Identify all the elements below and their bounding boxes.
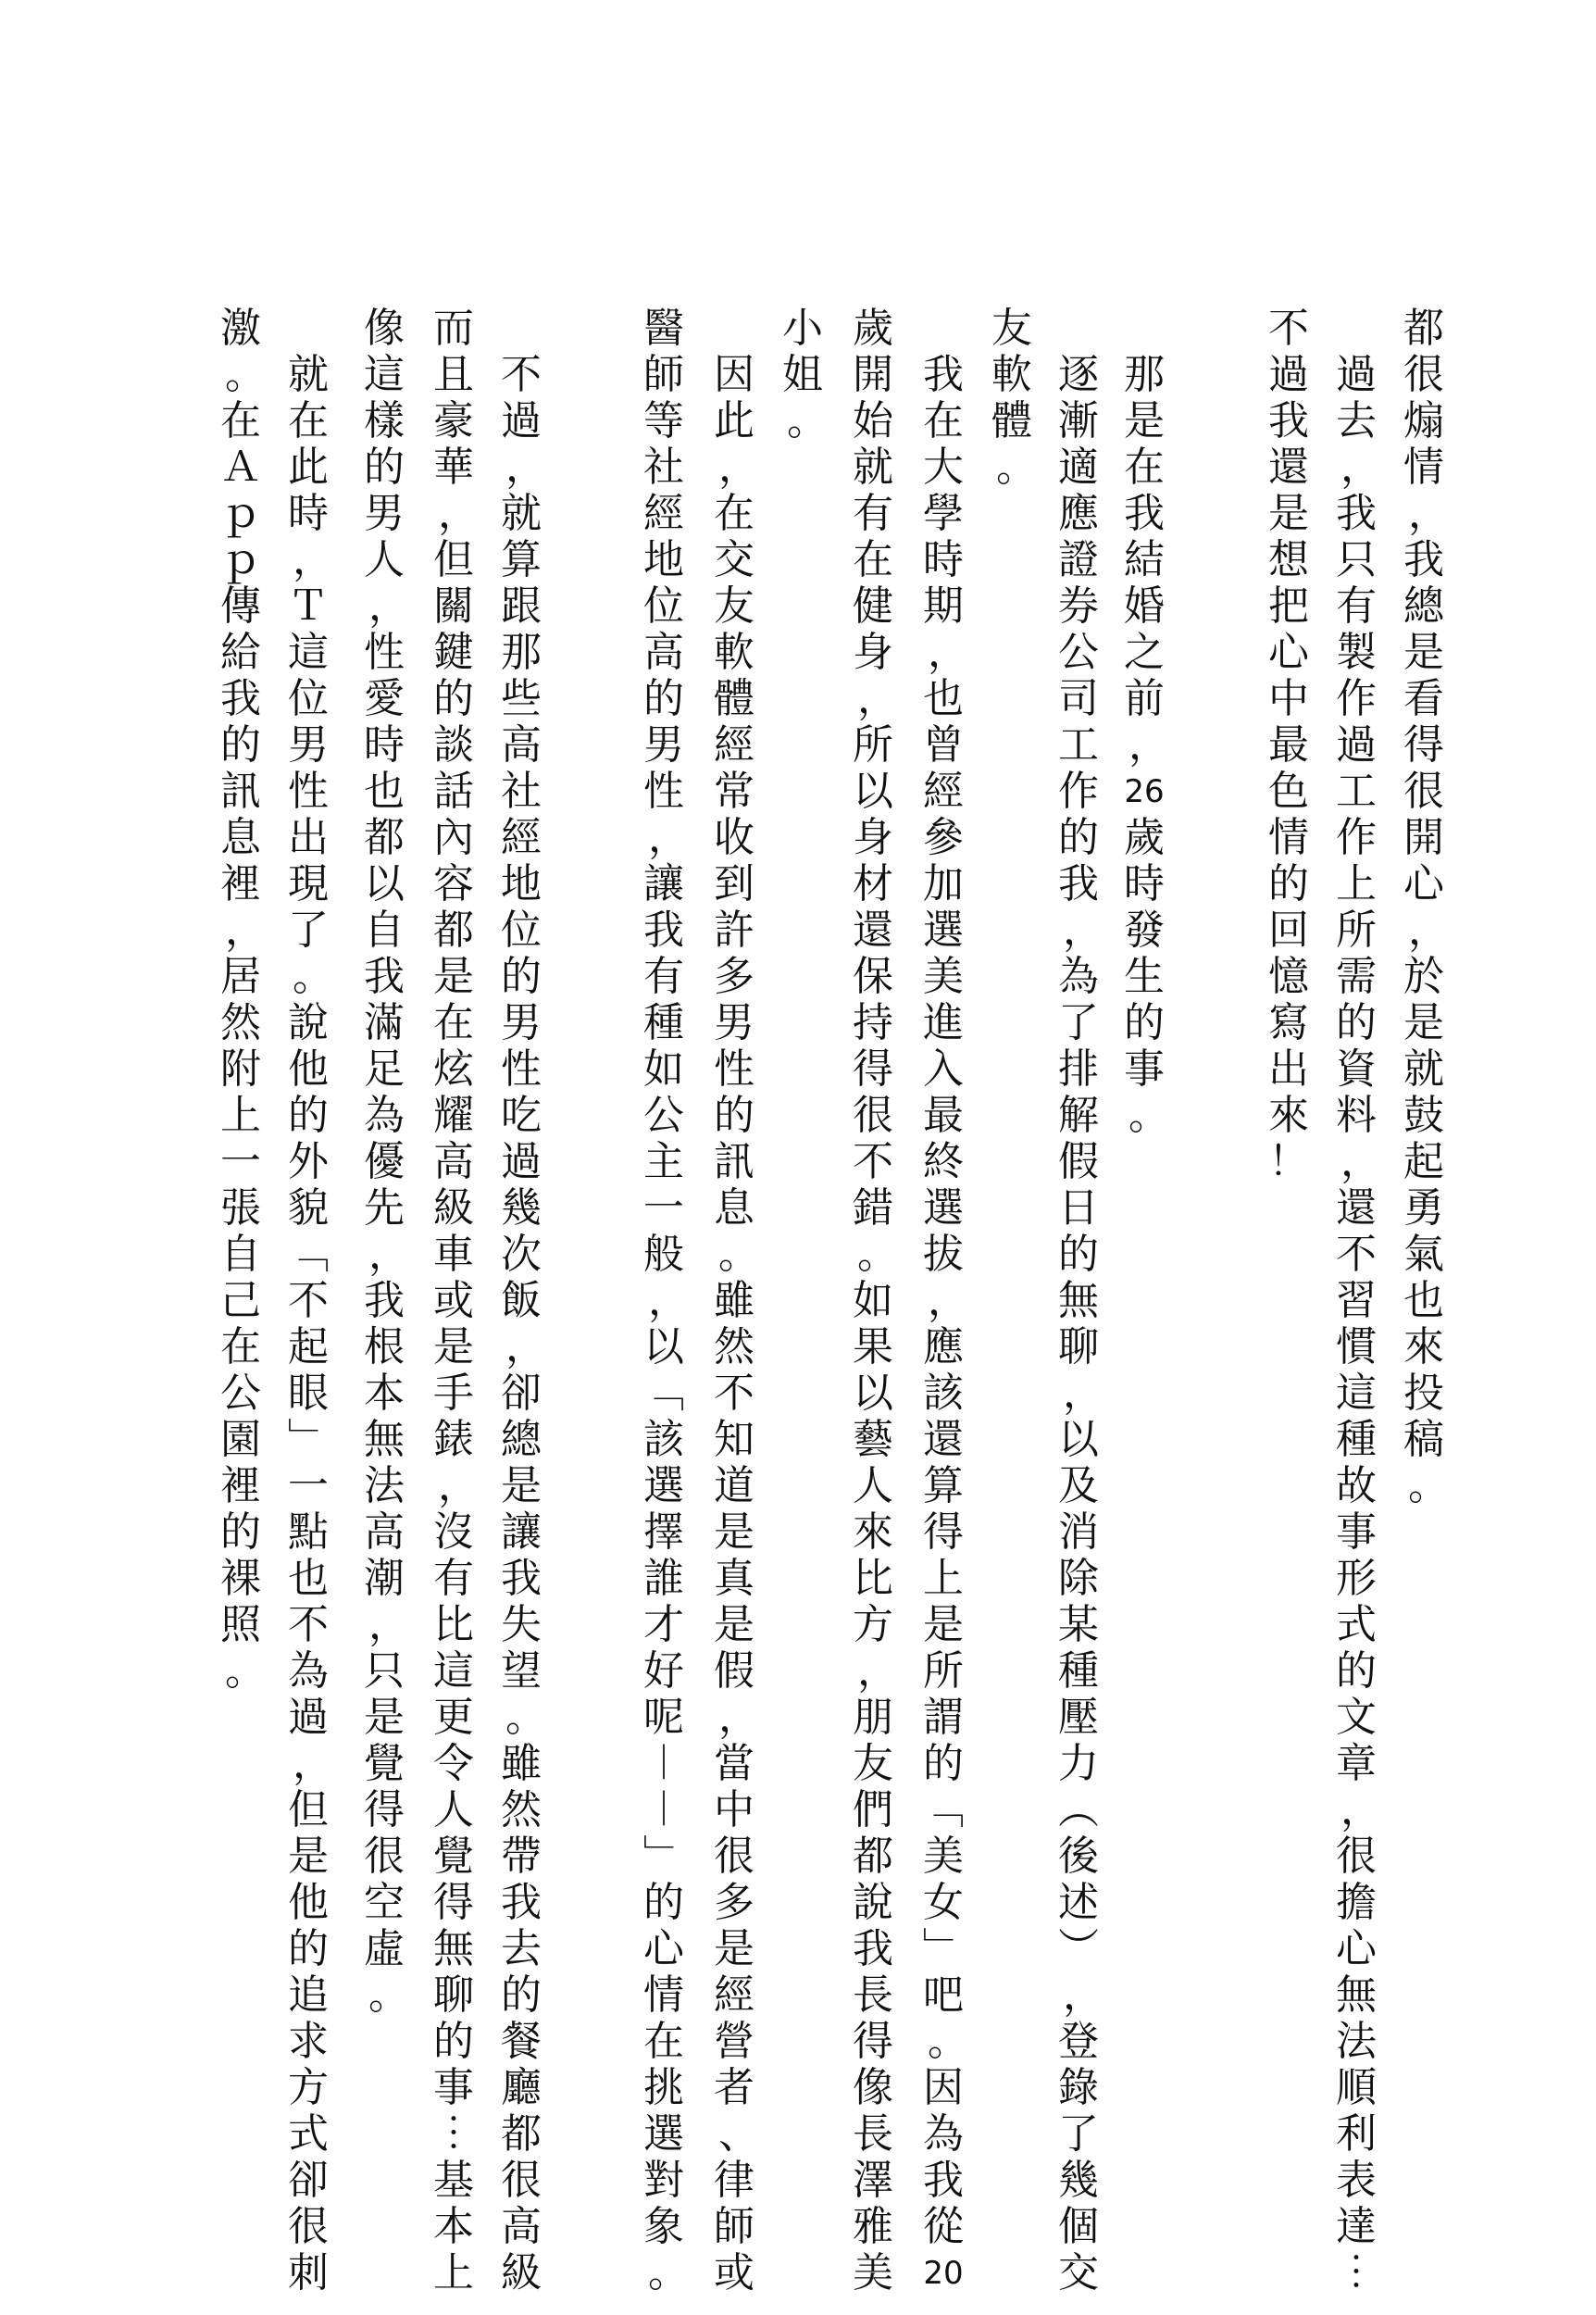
glyph: 失 (498, 1602, 544, 1648)
glyph: 交 (1055, 2250, 1102, 2296)
glyph: 選 (641, 1463, 687, 1509)
glyph: 我 (920, 2158, 966, 2204)
glyph: 地 (641, 537, 687, 583)
glyph: 小 (779, 306, 826, 352)
glyph: 鍵 (430, 630, 477, 676)
glyph: 都 (1401, 306, 1447, 352)
glyph: 。 (218, 1648, 264, 1695)
glyph: 所 (920, 1648, 966, 1695)
glyph: 人 (361, 537, 407, 583)
glyph: 的 (218, 1509, 264, 1556)
glyph: 象 (641, 2204, 687, 2250)
glyph: 逐 (1055, 352, 1102, 398)
glyph: 憶 (1266, 954, 1312, 1000)
glyph: 己 (218, 1278, 264, 1324)
glyph: 男 (711, 1000, 757, 1046)
glyph: 都 (430, 907, 477, 954)
glyph: 滿 (361, 1000, 407, 1046)
glyph: 是 (711, 1509, 757, 1556)
glyph: 去 (1333, 398, 1379, 444)
glyph: 司 (1055, 676, 1102, 722)
glyph: 還 (850, 907, 896, 954)
glyph: 的 (1055, 815, 1102, 861)
glyph: 我 (218, 676, 264, 722)
glyph: 一 (218, 1139, 264, 1185)
glyph: 是 (920, 1602, 966, 1648)
glyph: 從 (920, 2204, 966, 2250)
glyph: 我 (498, 1880, 544, 1926)
glyph: 裡 (218, 861, 264, 907)
glyph: 。 (779, 398, 826, 444)
glyph: 上 (218, 1093, 264, 1139)
glyph: 點 (285, 1509, 331, 1556)
glyph: 不 (285, 1602, 331, 1648)
glyph: 持 (850, 1000, 896, 1046)
glyph: 投 (1401, 1370, 1447, 1417)
glyph: ︵ (1055, 1787, 1102, 1833)
glyph: 料 (1333, 1093, 1379, 1139)
glyph: 容 (430, 861, 477, 907)
glyph: 帶 (498, 1833, 544, 1880)
glyph: 男 (641, 722, 687, 769)
glyph: 軟 (989, 352, 1035, 398)
glyph: ， (361, 583, 407, 630)
glyph: 都 (850, 1833, 896, 1880)
glyph: 次 (498, 1232, 544, 1278)
glyph: 拔 (920, 1232, 966, 1278)
glyph: 得 (850, 2019, 896, 2065)
glyph: 學 (920, 491, 966, 537)
glyph: 長 (850, 2111, 896, 2158)
glyph: ， (850, 676, 896, 722)
glyph: ， (361, 1232, 407, 1278)
glyph: 應 (920, 1324, 966, 1370)
glyph: 事 (1333, 1509, 1379, 1556)
glyph: 消 (1055, 1509, 1102, 1556)
glyph: 道 (711, 1463, 757, 1509)
glyph: 就 (1401, 1046, 1447, 1093)
glyph: ， (430, 491, 477, 537)
glyph: 得 (1401, 722, 1447, 769)
glyph: 過 (498, 398, 544, 444)
glyph: 手 (430, 1370, 477, 1417)
glyph: 這 (1333, 1370, 1379, 1417)
glyph: 色 (1266, 769, 1312, 815)
glyph: 談 (430, 722, 477, 769)
glyph: 性 (285, 769, 331, 815)
glyph: 不 (1266, 306, 1312, 352)
glyph: 氣 (1401, 1232, 1447, 1278)
glyph: ， (498, 1324, 544, 1370)
glyph: 起 (285, 1324, 331, 1370)
glyph: 公 (218, 1370, 264, 1417)
glyph: 不 (498, 352, 544, 398)
glyph: 始 (850, 398, 896, 444)
glyph: 錯 (850, 1185, 896, 1232)
glyph: 我 (641, 907, 687, 954)
glyph: 回 (1266, 907, 1312, 954)
glyph: 而 (430, 306, 477, 352)
glyph: 的 (285, 1093, 331, 1139)
glyph: 女 (920, 1880, 966, 1926)
glyph: 雖 (498, 1741, 544, 1787)
glyph: 追 (285, 1972, 331, 2019)
glyph: 讓 (498, 1509, 544, 1556)
glyph: 就 (285, 352, 331, 398)
glyph: 息 (218, 815, 264, 861)
glyph: 幾 (498, 1185, 544, 1232)
glyph: 得 (430, 1880, 477, 1926)
glyph: 也 (361, 769, 407, 815)
glyph: 餐 (498, 2019, 544, 2065)
glyph: 。 (498, 1695, 544, 1741)
glyph: 。 (850, 1232, 896, 1278)
glyph: 法 (1333, 2019, 1379, 2065)
text-column: 因此，在交友軟體經常收到許多男性的訊息。雖然不知道是真是假，當中很多是經營者、律… (710, 352, 758, 2296)
glyph: 有 (1333, 583, 1379, 630)
glyph: 發 (1121, 907, 1167, 954)
glyph: ， (1333, 444, 1379, 491)
glyph: ， (1333, 1139, 1379, 1185)
glyph: 種 (641, 1000, 687, 1046)
glyph: 雖 (711, 1278, 757, 1324)
glyph: 師 (641, 352, 687, 398)
glyph: ， (285, 537, 331, 583)
glyph: 的 (285, 1926, 331, 1972)
glyph: 是 (498, 1463, 544, 1509)
glyph: 以 (850, 769, 896, 815)
glyph: 很 (361, 1833, 407, 1880)
glyph: 求 (285, 2019, 331, 2065)
glyph: 是 (361, 1695, 407, 1741)
glyph: 般 (641, 1232, 687, 1278)
glyph: 了 (1055, 1000, 1102, 1046)
glyph: 我 (361, 954, 407, 1000)
glyph: 利 (1333, 2111, 1379, 2158)
glyph: 保 (850, 954, 896, 1000)
text-column: 友軟體。 (988, 306, 1036, 491)
glyph: 他 (285, 1880, 331, 1926)
glyph: ︙ (430, 2111, 477, 2158)
glyph: 漸 (1055, 398, 1102, 444)
glyph: 鼓 (1401, 1093, 1447, 1139)
glyph: 得 (850, 1046, 896, 1093)
glyph: 最 (920, 1093, 966, 1139)
glyph: 過 (1333, 352, 1379, 398)
glyph: 情 (641, 1972, 687, 2019)
text-column: 醫師等社經地位高的男性，讓我有種如公主一般，以﹁該選擇誰才好呢︱︱﹂的心情在挑選… (640, 306, 688, 2296)
glyph: 排 (1055, 1046, 1102, 1093)
glyph: 還 (920, 1417, 966, 1463)
glyph: 潮 (361, 1556, 407, 1602)
text-column: 不過我還是想把心中最色情的回憶寫出來！ (1265, 306, 1313, 1185)
glyph: 總 (498, 1417, 544, 1463)
glyph: 律 (711, 2158, 757, 2204)
glyph: 愛 (361, 676, 407, 722)
glyph: 男 (498, 1000, 544, 1046)
glyph: ， (218, 907, 264, 954)
text-column: 激。在Ａｐｐ傳給我的訊息裡，居然附上一張自己在公園裡的裸照。 (217, 306, 265, 1695)
glyph: 出 (285, 815, 331, 861)
glyph: 種 (1333, 1417, 1379, 1463)
glyph: 中 (711, 1787, 757, 1833)
glyph: 20 (920, 2250, 966, 2296)
text-column: 我在大學時期，也曾經參加選美進入最終選拔，應該還算得上是所謂的﹁美女﹂吧。因為我… (919, 352, 967, 2296)
glyph: 一 (285, 1463, 331, 1509)
glyph: 或 (711, 2250, 757, 2296)
glyph: 以 (361, 861, 407, 907)
glyph: 解 (1055, 1093, 1102, 1139)
glyph: 那 (498, 630, 544, 676)
glyph: 我 (1055, 861, 1102, 907)
glyph: 在 (285, 398, 331, 444)
glyph: 。 (711, 1232, 757, 1278)
glyph: 很 (1333, 1833, 1379, 1880)
glyph: 級 (430, 1185, 477, 1232)
glyph: 知 (711, 1417, 757, 1463)
glyph: 本 (361, 1370, 407, 1417)
glyph: 性 (498, 1046, 544, 1093)
glyph: 讓 (641, 861, 687, 907)
glyph: ﹁ (285, 1232, 331, 1278)
glyph: 的 (1055, 1232, 1102, 1278)
glyph: 姐 (779, 352, 826, 398)
glyph: 朋 (850, 1695, 896, 1741)
glyph: 人 (850, 1463, 896, 1509)
glyph: 也 (920, 676, 966, 722)
glyph: 眼 (285, 1370, 331, 1417)
glyph: 。 (218, 352, 264, 398)
glyph: 本 (430, 2204, 477, 2250)
glyph: 的 (1266, 861, 1312, 907)
glyph: 在 (218, 1324, 264, 1370)
glyph: 話 (430, 769, 477, 815)
glyph: 生 (1121, 954, 1167, 1000)
glyph: 開 (850, 352, 896, 398)
glyph: 他 (285, 1046, 331, 1093)
glyph: 說 (850, 1880, 896, 1926)
glyph: 藝 (850, 1417, 896, 1463)
glyph: 後 (1055, 1833, 1102, 1880)
text-column: 而且豪華，但關鍵的談話內容都是在炫耀高級車或是手錶，沒有比這更令人覺得無聊的事︙… (430, 306, 478, 2296)
glyph: 看 (1401, 676, 1447, 722)
glyph: 們 (850, 1787, 896, 1833)
glyph: 位 (641, 583, 687, 630)
glyph: 美 (920, 954, 966, 1000)
glyph: 比 (430, 1602, 477, 1648)
text-column: 不過，就算跟那些高社經地位的男性吃過幾次飯，卻總是讓我失望。雖然帶我去的餐廳都很… (497, 352, 545, 2296)
glyph: 是 (711, 1926, 757, 1972)
glyph: 性 (641, 769, 687, 815)
glyph: 所 (850, 722, 896, 769)
glyph: 無 (1333, 1972, 1379, 2019)
glyph: 然 (711, 1324, 757, 1370)
glyph: 工 (1055, 722, 1102, 769)
glyph: 車 (430, 1232, 477, 1278)
glyph: 時 (1121, 861, 1167, 907)
glyph: 我 (1121, 491, 1167, 537)
glyph: 傳 (218, 583, 264, 630)
glyph: 應 (1055, 491, 1102, 537)
glyph: 稿 (1401, 1417, 1447, 1463)
glyph: 。 (285, 954, 331, 1000)
glyph: 的 (430, 676, 477, 722)
glyph: 我 (1401, 537, 1447, 583)
glyph: 假 (711, 1648, 757, 1695)
glyph: 或 (430, 1278, 477, 1324)
text-column: 歲開始就有在健身，所以身材還保持得很不錯。如果以藝人來比方，朋友們都說我長得像長… (849, 306, 897, 2296)
glyph: 長 (850, 1972, 896, 2019)
glyph: 加 (920, 861, 966, 907)
glyph: 無 (361, 1417, 407, 1463)
glyph: 令 (430, 1741, 477, 1787)
glyph: 無 (430, 1926, 477, 1972)
glyph: 者 (711, 2065, 757, 2111)
glyph: ﹂ (920, 1926, 966, 1972)
glyph: 上 (920, 1556, 966, 1602)
glyph: 時 (285, 491, 331, 537)
glyph: 公 (1055, 630, 1102, 676)
glyph: 好 (641, 1648, 687, 1695)
glyph: 慣 (1333, 1324, 1379, 1370)
glyph: 。 (641, 2250, 687, 2296)
glyph: 期 (920, 583, 966, 630)
glyph: 澤 (850, 2158, 896, 2204)
glyph: ， (711, 1695, 757, 1741)
glyph: 這 (361, 352, 407, 398)
glyph: 健 (850, 583, 896, 630)
glyph: 來 (850, 1509, 896, 1556)
glyph: 入 (920, 1046, 966, 1093)
glyph: 還 (1266, 444, 1312, 491)
glyph: 許 (711, 907, 757, 954)
glyph: 時 (361, 722, 407, 769)
book-page: 都很煽情，我總是看得很開心，於是就鼓起勇氣也來投稿。過去，我只有製作過工作上所需… (0, 0, 1596, 2315)
glyph: 張 (218, 1185, 264, 1232)
glyph: 為 (361, 1093, 407, 1139)
glyph: 我 (498, 1556, 544, 1602)
glyph: ， (498, 444, 544, 491)
glyph: 方 (285, 2065, 331, 2111)
glyph: 在 (218, 398, 264, 444)
glyph: 很 (498, 2158, 544, 2204)
glyph: 很 (1401, 352, 1447, 398)
glyph: 把 (1266, 583, 1312, 630)
glyph: 過 (1333, 722, 1379, 769)
glyph: 的 (641, 1880, 687, 1926)
glyph: 外 (285, 1139, 331, 1185)
glyph: ｐ (218, 537, 264, 583)
glyph: 是 (1121, 398, 1167, 444)
text-column: 就在此時，Ｔ這位男性出現了。說他的外貌﹁不起眼﹂一點也不為過，但是他的追求方式卻… (284, 352, 332, 2296)
glyph: 比 (850, 1556, 896, 1602)
glyph: 是 (285, 1833, 331, 1880)
glyph: 種 (1055, 1648, 1102, 1695)
glyph: 有 (430, 1556, 477, 1602)
glyph: 式 (285, 2111, 331, 2158)
glyph: 上 (430, 2250, 477, 2296)
glyph: 我 (361, 1278, 407, 1324)
glyph: ， (641, 1278, 687, 1324)
glyph: 照 (218, 1602, 264, 1648)
glyph: 無 (1055, 1278, 1102, 1324)
glyph: 等 (641, 398, 687, 444)
glyph: 社 (498, 769, 544, 815)
glyph: 激 (218, 306, 264, 352)
glyph: 飯 (498, 1278, 544, 1324)
glyph: 於 (1401, 954, 1447, 1000)
glyph: 收 (711, 815, 757, 861)
glyph: 想 (1266, 537, 1312, 583)
glyph: 所 (1333, 907, 1379, 954)
glyph: 這 (430, 1648, 477, 1695)
glyph: ︱ (641, 1787, 687, 1833)
glyph: ︱ (641, 1741, 687, 1787)
glyph: 資 (1333, 1046, 1379, 1093)
glyph: 算 (920, 1463, 966, 1509)
glyph: 來 (1266, 1093, 1312, 1139)
glyph: ， (641, 815, 687, 861)
glyph: ， (1401, 907, 1447, 954)
glyph: 營 (711, 2019, 757, 2065)
glyph: 但 (430, 537, 477, 583)
glyph: 錶 (430, 1417, 477, 1463)
text-column: 小姐。 (779, 306, 827, 444)
glyph: 刺 (285, 2250, 331, 2296)
glyph: 選 (920, 1185, 966, 1232)
glyph: 給 (218, 630, 264, 676)
glyph: 優 (361, 1139, 407, 1185)
glyph: 高 (361, 1509, 407, 1556)
glyph: 根 (361, 1324, 407, 1370)
glyph: 情 (1401, 444, 1447, 491)
glyph: 經 (711, 722, 757, 769)
glyph: 體 (711, 676, 757, 722)
glyph: 及 (1055, 1463, 1102, 1509)
glyph: 就 (850, 444, 896, 491)
glyph: 個 (1055, 2204, 1102, 2250)
glyph: 內 (430, 815, 477, 861)
text-column: 逐漸適應證券公司工作的我，為了排解假日的無聊，以及消除某種壓力︵後述︶，登錄了幾… (1054, 352, 1103, 2296)
glyph: 我 (850, 1926, 896, 1972)
glyph: 不 (1333, 1232, 1379, 1278)
glyph: 的 (711, 1093, 757, 1139)
glyph: 的 (1333, 1648, 1379, 1695)
glyph: 友 (989, 306, 1035, 352)
glyph: 雅 (850, 2204, 896, 2250)
glyph: 有 (850, 491, 896, 537)
glyph: 式 (1333, 1602, 1379, 1648)
glyph: 事 (1121, 1046, 1167, 1093)
glyph: 挑 (641, 2065, 687, 2111)
glyph: 製 (1333, 630, 1379, 676)
glyph: 心 (1333, 1926, 1379, 1972)
glyph: 總 (1401, 583, 1447, 630)
glyph: 就 (498, 491, 544, 537)
glyph: 很 (711, 1833, 757, 1880)
glyph: 章 (1333, 1741, 1379, 1787)
glyph: 算 (498, 537, 544, 583)
glyph: 力 (1055, 1741, 1102, 1787)
glyph: 我 (1333, 491, 1379, 537)
glyph: 足 (361, 1046, 407, 1093)
glyph: 是 (711, 1602, 757, 1648)
glyph: 且 (430, 352, 477, 398)
glyph: 此 (711, 398, 757, 444)
glyph: 卻 (498, 1370, 544, 1417)
glyph: 息 (711, 1185, 757, 1232)
glyph: 寫 (1266, 1000, 1312, 1046)
